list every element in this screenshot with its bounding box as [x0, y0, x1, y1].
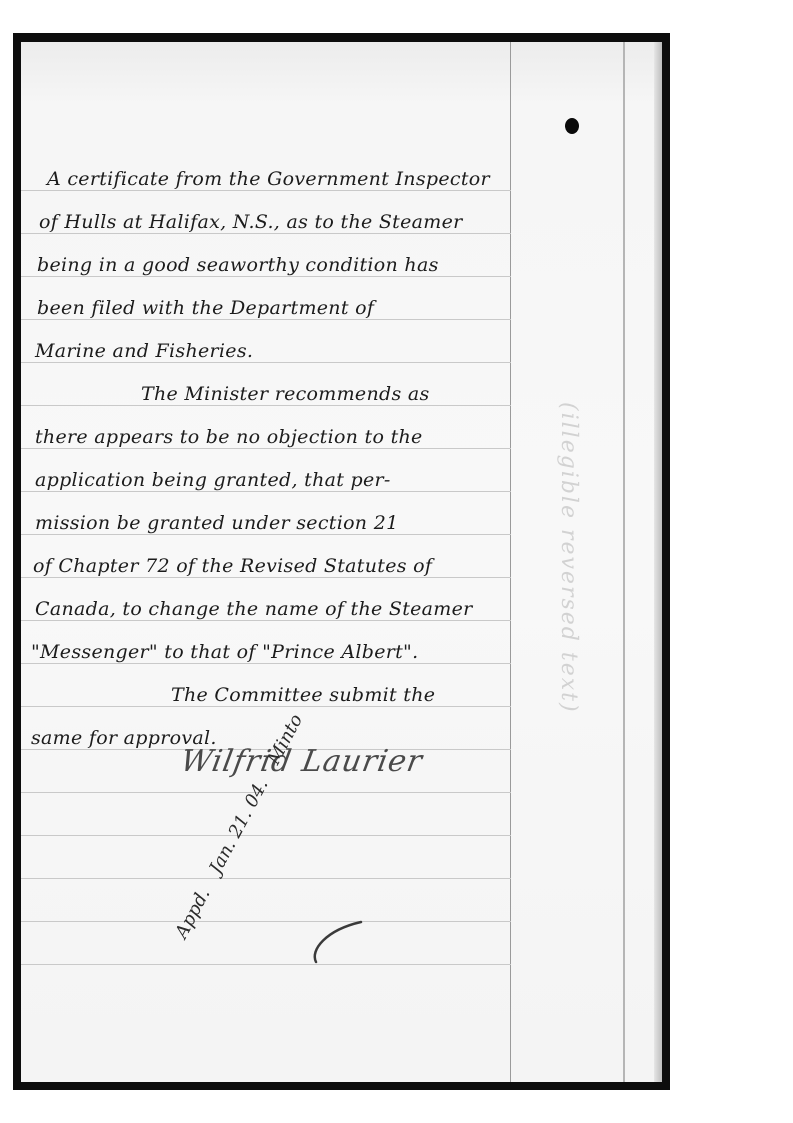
document-page: A certificate from the Government Inspec… [21, 42, 662, 1082]
ruled-line [21, 534, 511, 535]
ruled-line [21, 878, 511, 879]
body-line: The Minister recommends as [141, 383, 430, 405]
ruled-line [21, 491, 511, 492]
body-line: application being granted, that per- [35, 469, 391, 491]
body-line: "Messenger" to that of "Prince Albert". [31, 641, 418, 663]
body-line: Canada, to change the name of the Steame… [35, 598, 473, 620]
ruled-line [21, 405, 511, 406]
ruled-line [21, 362, 511, 363]
ruled-line [21, 577, 511, 578]
bleed-through-text: (illegible reversed text) [556, 402, 581, 714]
body-line: mission be granted under section 21 [35, 512, 398, 534]
page-edge [654, 42, 662, 1082]
ruled-line [21, 663, 511, 664]
ruled-line [21, 620, 511, 621]
ruled-line [21, 835, 511, 836]
body-line: A certificate from the Government Inspec… [47, 168, 490, 190]
body-line: been filed with the Department of [37, 297, 374, 319]
body-line: of Chapter 72 of the Revised Statutes of [33, 555, 432, 577]
body-line: there appears to be no objection to the [35, 426, 423, 448]
ruled-line [21, 190, 511, 191]
ruled-line [21, 921, 511, 922]
margin-rule-outer [623, 42, 625, 1082]
ruled-line [21, 319, 511, 320]
signature: Wilfrid Laurier [178, 744, 426, 779]
ruled-line [21, 706, 511, 707]
ruled-line [21, 276, 511, 277]
approval-mark: Appd. [171, 885, 215, 942]
margin-rule [510, 42, 511, 1082]
pen-flourish-icon [306, 910, 366, 970]
ruled-line [21, 964, 511, 965]
approval-date: Jan. 21. 04. [205, 776, 272, 878]
ruled-line [21, 233, 511, 234]
body-line: Marine and Fisheries. [35, 340, 253, 362]
ruled-line [21, 448, 511, 449]
body-line: being in a good seaworthy condition has [37, 254, 439, 276]
punch-hole [565, 118, 579, 134]
body-line: of Hulls at Halifax, N.S., as to the Ste… [39, 211, 463, 233]
